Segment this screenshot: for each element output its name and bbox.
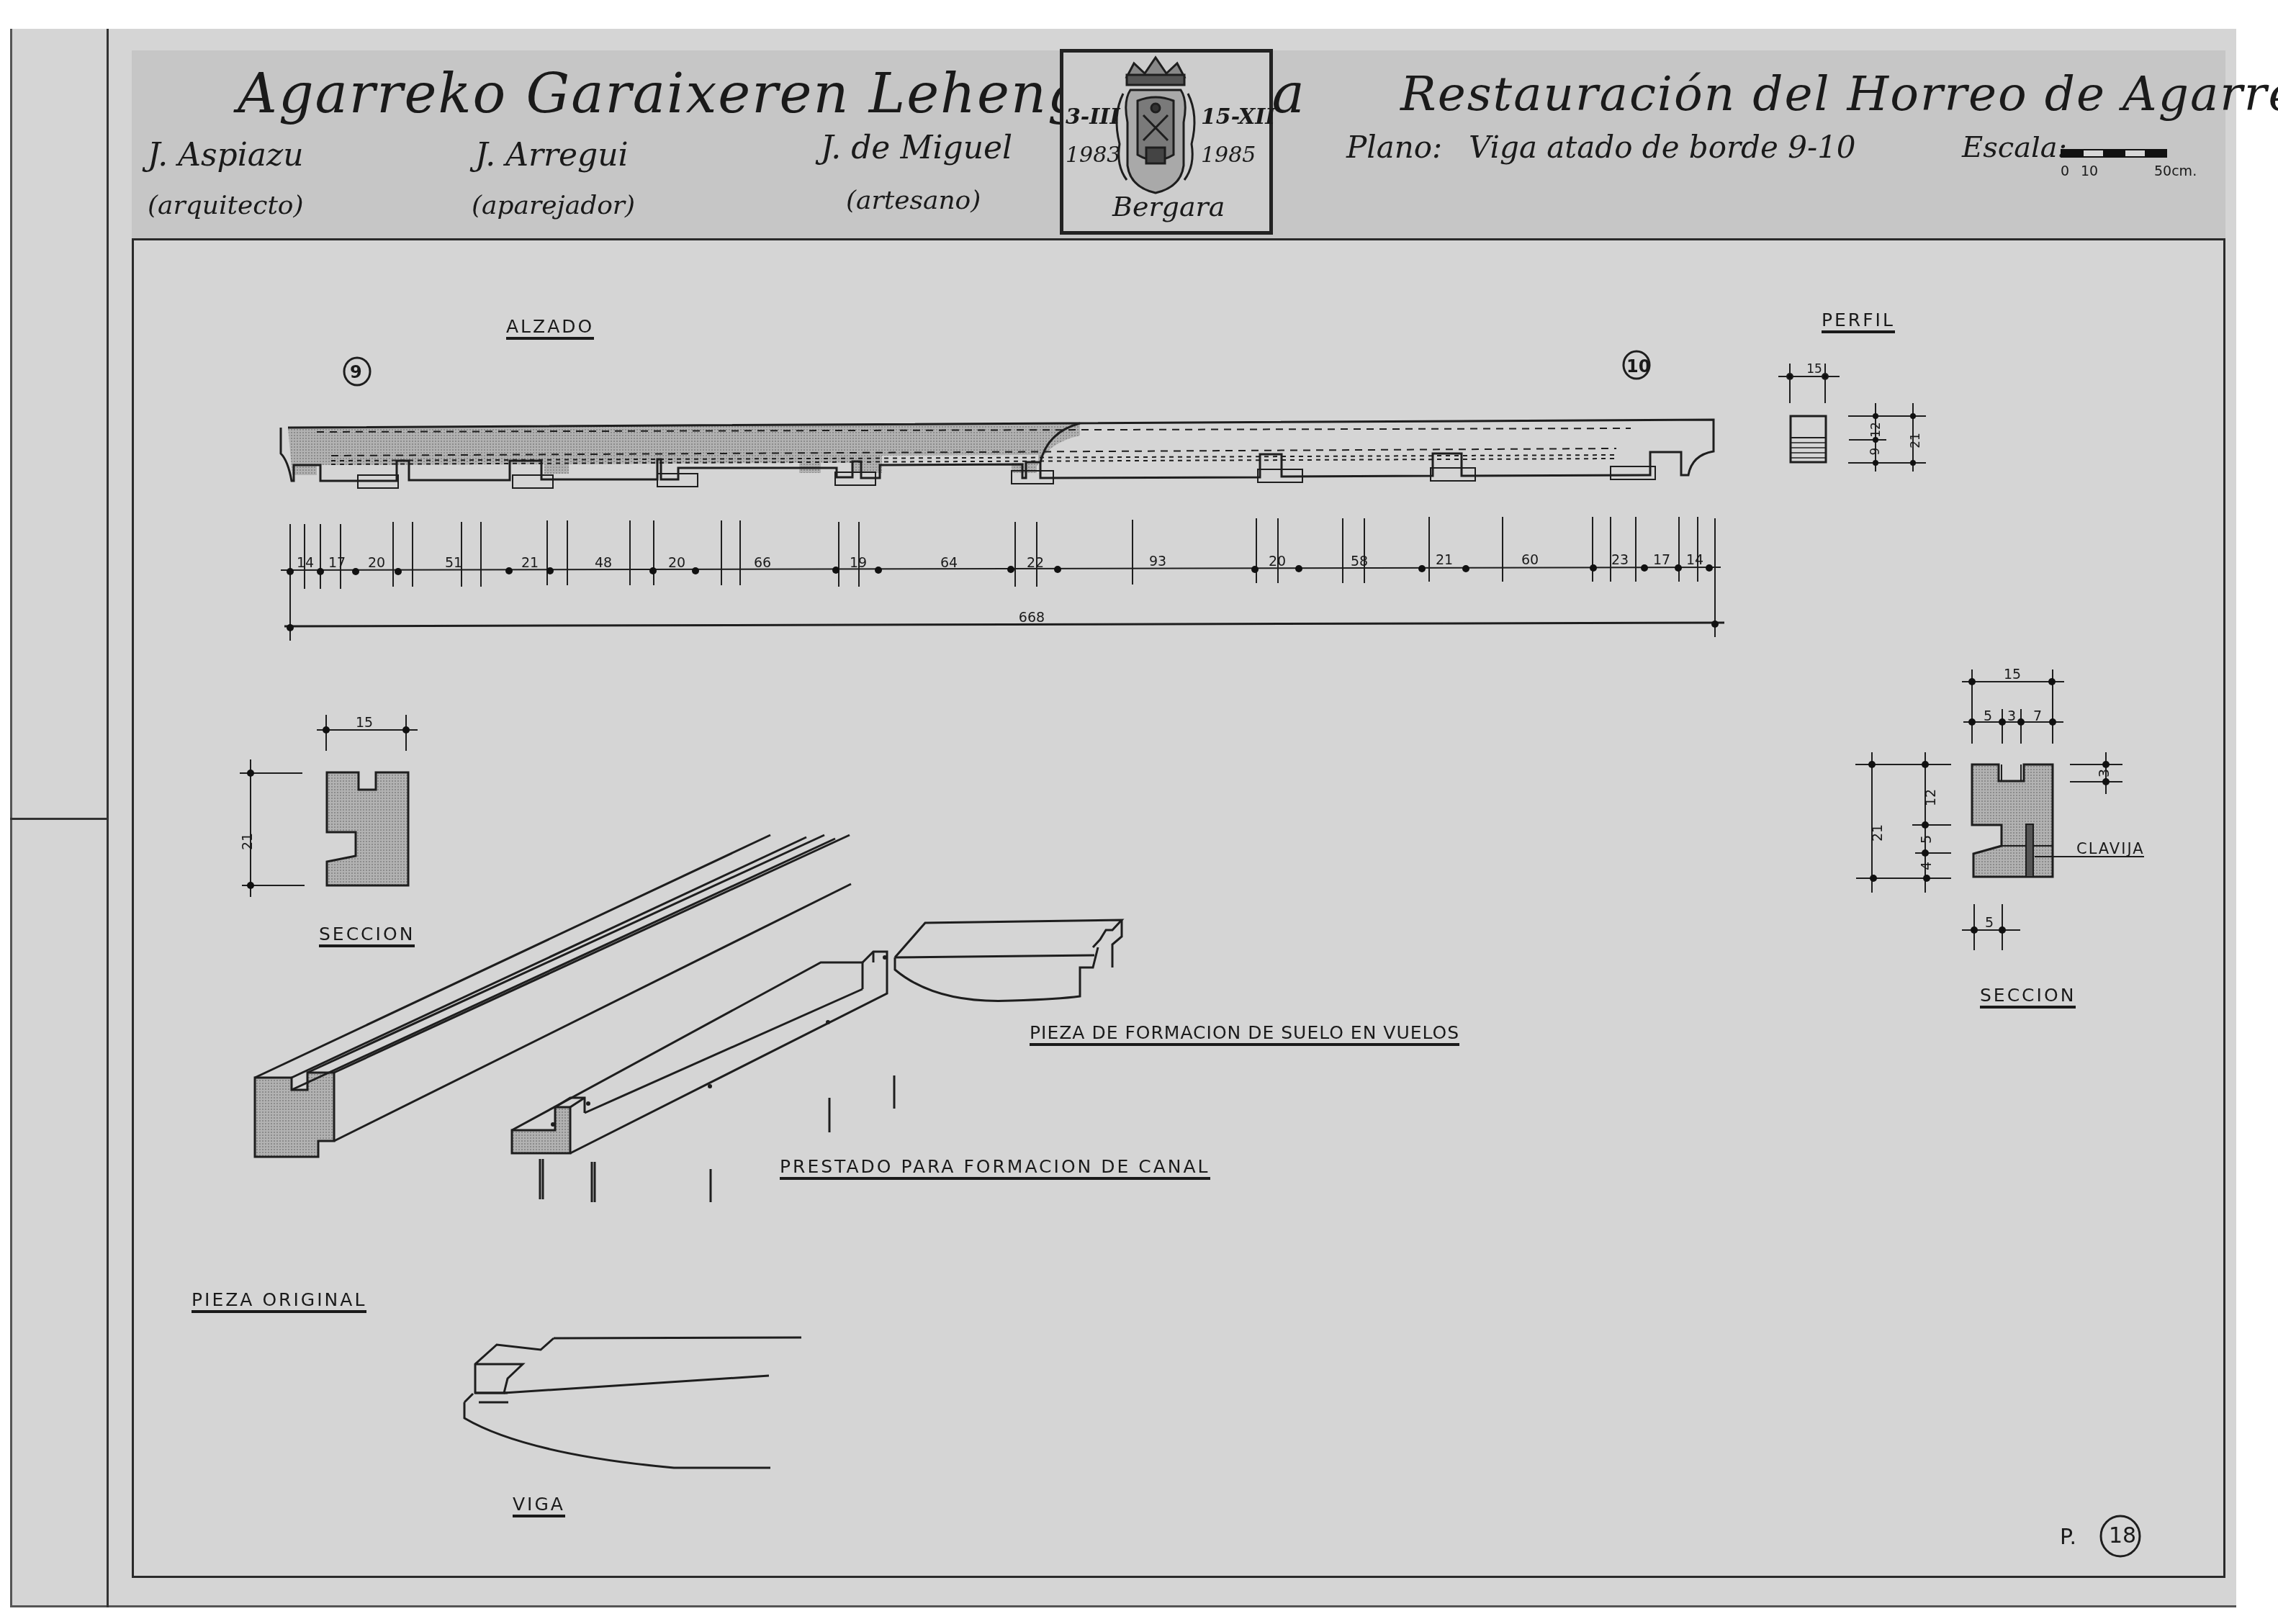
seccion-right-height-4: 4	[1919, 862, 1935, 870]
alzado-beam	[281, 420, 1714, 488]
alzado-dim: 17	[328, 555, 346, 571]
page-number: 18	[2109, 1523, 2136, 1548]
seccion-right-total-height: 21	[1870, 824, 1886, 842]
alzado-dim: 14	[297, 555, 314, 571]
axis-marker-9-label: 9	[350, 362, 362, 382]
alzado-dim: 58	[1351, 554, 1368, 569]
seccion-right-groove-depth: 3	[2097, 769, 2112, 777]
pieza-original-title: PIEZA ORIGINAL	[192, 1291, 366, 1313]
seccion-right-drawing	[1855, 669, 2144, 950]
perfil-height-lower: 9	[1868, 448, 1883, 456]
seccion-left-drawing	[240, 715, 418, 897]
perfil-drawing	[1778, 364, 1926, 472]
seccion-left-height: 21	[240, 833, 256, 850]
alzado-dim: 51	[445, 555, 462, 571]
viga-title: VIGA	[513, 1495, 565, 1517]
perfil-width: 15	[1806, 362, 1822, 376]
technical-drawings	[0, 0, 2278, 1624]
alzado-dim: 64	[940, 555, 958, 571]
alzado-dim: 93	[1149, 554, 1166, 569]
alzado-dim: 60	[1521, 552, 1539, 568]
viga-drawing	[464, 1337, 801, 1468]
seccion-right-bottom-width: 5	[1985, 915, 1994, 931]
alzado-dim: 48	[595, 555, 612, 571]
alzado-dim: 14	[1686, 552, 1703, 568]
alzado-dimension-lines	[281, 517, 1724, 641]
alzado-dim: 21	[521, 555, 539, 571]
seccion-right-height-12: 12	[1923, 789, 1939, 806]
alzado-title: ALZADO	[506, 317, 594, 340]
seccion-right-part-2: 3	[2007, 708, 2016, 724]
perfil-title: PERFIL	[1822, 311, 1895, 333]
alzado-dim: 20	[368, 555, 385, 571]
clavija-callout: CLAVIJA	[2076, 840, 2145, 857]
alzado-dim: 66	[754, 555, 771, 571]
seccion-right-width: 15	[2004, 667, 2021, 682]
alzado-dim: 22	[1027, 555, 1044, 571]
seccion-left-title: SECCION	[319, 925, 415, 947]
alzado-dim: 20	[1269, 554, 1286, 569]
seccion-right-title: SECCION	[1980, 986, 2076, 1009]
perfil-total-height: 21	[1909, 433, 1923, 448]
alzado-dim: 19	[850, 555, 867, 571]
page-prefix: P.	[2060, 1525, 2076, 1550]
alzado-dim: 23	[1611, 552, 1629, 568]
alzado-dim: 17	[1653, 552, 1670, 568]
axis-marker-10-label: 10	[1626, 356, 1650, 376]
pieza-suelo-title: PIEZA DE FORMACION DE SUELO EN VUELOS	[1030, 1024, 1459, 1046]
alzado-dim: 21	[1436, 552, 1453, 568]
seccion-right-part-1: 5	[1984, 708, 1992, 724]
seccion-right-part-3: 7	[2033, 708, 2042, 724]
prestado-title: PRESTADO PARA FORMACION DE CANAL	[780, 1158, 1210, 1180]
pieza-suelo-drawing	[895, 920, 1122, 1001]
seccion-left-width: 15	[356, 715, 373, 731]
perfil-height-upper: 12	[1869, 422, 1883, 438]
alzado-total-length: 668	[1019, 610, 1045, 626]
seccion-right-height-5: 5	[1919, 835, 1935, 844]
alzado-dim: 20	[668, 555, 685, 571]
